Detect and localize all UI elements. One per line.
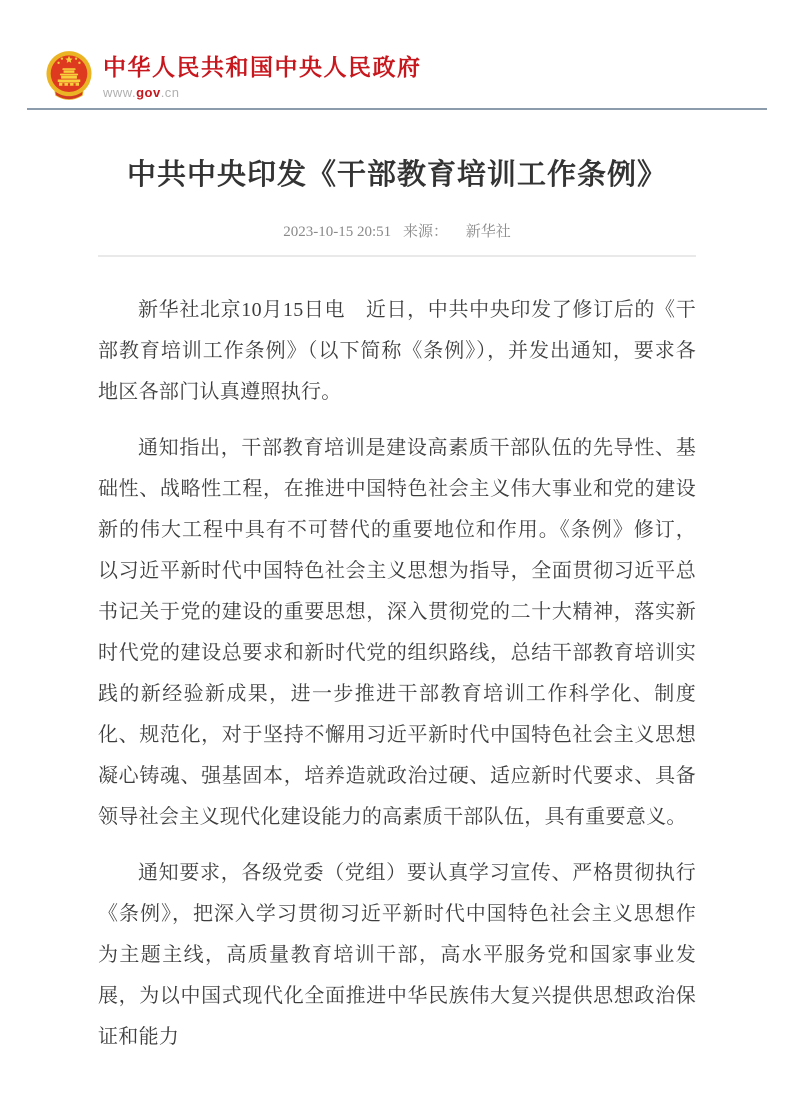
paragraph-1: 新华社北京10月15日电 近日，中共中央印发了修订后的《干部教育培训工作条例》（…: [98, 290, 696, 413]
masthead-text: 中华人民共和国中央人民政府 www.gov.cn: [103, 50, 422, 100]
url-cn: .cn: [161, 85, 180, 100]
article-body: 新华社北京10月15日电 近日，中共中央印发了修订后的《干部教育培训工作条例》（…: [98, 290, 696, 1058]
source-name: 新华社: [466, 224, 511, 240]
source-label: 来源：: [403, 224, 448, 240]
meta-divider: [98, 255, 696, 257]
article-page: 中共中央印发《干部教育培训工作条例》 2023-10-15 20:51 来源： …: [98, 152, 696, 1058]
site-header: 中华人民共和国中央人民政府 www.gov.cn: [27, 0, 767, 110]
publish-datetime: 2023-10-15 20:51: [283, 224, 391, 240]
url-www: www.: [103, 85, 136, 100]
paragraph-3: 通知要求，各级党委（党组）要认真学习宣传、严格贯彻执行《条例》，把深入学习贯彻习…: [98, 853, 696, 1058]
article-title: 中共中央印发《干部教育培训工作条例》: [98, 152, 696, 193]
national-emblem-icon: [44, 50, 94, 104]
url-gov: gov: [136, 85, 161, 100]
site-name: 中华人民共和国中央人民政府: [103, 55, 422, 80]
article-meta: 2023-10-15 20:51 来源： 新华社: [98, 220, 696, 241]
site-url: www.gov.cn: [103, 85, 422, 100]
gov-home-link[interactable]: 中华人民共和国中央人民政府 www.gov.cn: [44, 50, 422, 104]
paragraph-2: 通知指出，干部教育培训是建设高素质干部队伍的先导性、基础性、战略性工程，在推进中…: [98, 428, 696, 838]
